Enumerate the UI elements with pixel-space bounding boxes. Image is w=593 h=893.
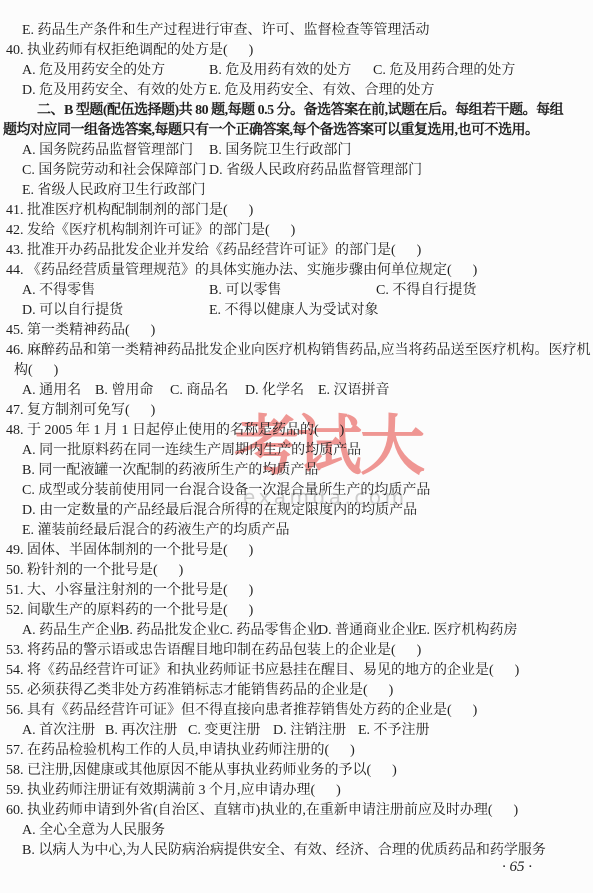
line-q40-stem: 40. 执业药师有权拒绝调配的处方是( ) — [0, 42, 593, 62]
q47-stem: 47. 复方制剂可免写( ) — [6, 402, 155, 420]
section-b-header-2: 题均对应同一组备选答案,每题只有一个正确答案,每个备选答案可以重复选用,也可不选… — [3, 122, 539, 140]
q40-option-d: D. 危及用药安全、有效的处方 — [22, 82, 207, 100]
bgroup5-option-c: C. 药品零售企业 — [220, 622, 320, 640]
line-bgroup4-option-d: D. 由一定数量的产品经最后混合所得的在规定限度内的均质产品 — [0, 502, 593, 522]
line-q44-stem: 44. 《药品经营质量管理规范》的具体实施办法、实施步骤由何单位规定( ) — [0, 262, 593, 282]
q42-stem: 42. 发给《医疗机构制剂许可证》的部门是( ) — [6, 222, 295, 240]
q40-option-a: A. 危及用药安全的处方 — [22, 62, 165, 80]
q39-option-e: E. 药品生产条件和生产过程进行审查、许可、监督检查等管理活动 — [22, 22, 430, 40]
line-q58-stem: 58. 已注册,因健康或其他原因不能从事执业药师业务的予以( ) — [0, 762, 593, 782]
q46-stem-2: 构( ) — [14, 362, 58, 380]
line-section-b-header-1: 二、B 型题(配伍选择题)共 80 题,每题 0.5 分。备选答案在前,试题在后… — [0, 102, 593, 122]
q40-option-c: C. 危及用药合理的处方 — [373, 62, 515, 80]
q51-stem: 51. 大、小容量注射剂的一个批号是( ) — [6, 582, 253, 600]
bgroup1-option-e: E. 省级人民政府卫生行政部门 — [22, 182, 206, 200]
line-q53-stem: 53. 将药品的警示语或忠告语醒目地印制在药品包装上的企业是( ) — [0, 642, 593, 662]
line-q41-stem: 41. 批准医疗机构配制制剂的部门是( ) — [0, 202, 593, 222]
bgroup5-option-a: A. 药品生产企业 — [22, 622, 123, 640]
bgroup1-option-b: B. 国务院卫生行政部门 — [209, 142, 351, 160]
q60-stem: 60. 执业药师申请到外省(自治区、直辖市)执业的,在重新申请注册前应及时办理(… — [6, 802, 518, 820]
line-q40-options-de: D. 危及用药安全、有效的处方E. 危及用药安全、有效、合理的处方 — [0, 82, 593, 102]
line-bgroup1-option-e: E. 省级人民政府卫生行政部门 — [0, 182, 593, 202]
q44-stem: 44. 《药品经营质量管理规范》的具体实施办法、实施步骤由何单位规定( ) — [6, 262, 477, 280]
bgroup7-option-a: A. 全心全意为人民服务 — [22, 822, 165, 840]
q55-stem: 55. 必须获得乙类非处方药准销标志才能销售药品的企业是( ) — [6, 682, 393, 700]
bgroup1-option-a: A. 国务院药品监督管理部门 — [22, 142, 193, 160]
line-q46-stem-2: 构( ) — [0, 362, 593, 382]
q52-stem: 52. 间歇生产的原料药的一个批号是( ) — [6, 602, 253, 620]
q40-stem: 40. 执业药师有权拒绝调配的处方是( ) — [6, 42, 253, 60]
q57-stem: 57. 在药品检验机构工作的人员,申请执业药师注册的( ) — [6, 742, 355, 760]
bgroup5-option-e: E. 医疗机构药房 — [418, 622, 518, 640]
line-q56-stem: 56. 具有《药品经营许可证》但不得直接向患者推荐销售处方药的企业是( ) — [0, 702, 593, 722]
bgroup6-option-c: C. 变更注册 — [188, 722, 260, 740]
line-q47-stem: 47. 复方制剂可免写( ) — [0, 402, 593, 422]
line-bgroup4-option-b: B. 同一配液罐一次配制的药液所生产的均质产品 — [0, 462, 593, 482]
line-q57-stem: 57. 在药品检验机构工作的人员,申请执业药师注册的( ) — [0, 742, 593, 762]
q53-stem: 53. 将药品的警示语或忠告语醒目地印制在药品包装上的企业是( ) — [6, 642, 421, 660]
bgroup6-option-e: E. 不予注册 — [358, 722, 430, 740]
q48-stem: 48. 于 2005 年 1 月 1 日起停止使用的名称是药品的( ) — [6, 422, 344, 440]
line-q52-stem: 52. 间歇生产的原料药的一个批号是( ) — [0, 602, 593, 622]
bgroup5-option-d: D. 普通商业企业 — [318, 622, 419, 640]
bgroup2-option-b: B. 可以零售 — [209, 282, 281, 300]
line-bgroup1-options-ab: A. 国务院药品监督管理部门B. 国务院卫生行政部门 — [0, 142, 593, 162]
exam-page: 考试大 examda.com E. 药品生产条件和生产过程进行审查、许可、监督检… — [0, 0, 593, 893]
line-q49-stem: 49. 固体、半固体制剂的一个批号是( ) — [0, 542, 593, 562]
line-q54-stem: 54. 将《药品经营许可证》和执业药师证书应悬挂在醒目、易见的地方的企业是( ) — [0, 662, 593, 682]
line-bgroup4-option-e: E. 灌装前经最后混合的药液生产的均质产品 — [0, 522, 593, 542]
q43-stem: 43. 批准开办药品批发企业并发给《药品经营许可证》的部门是( ) — [6, 242, 421, 260]
q49-stem: 49. 固体、半固体制剂的一个批号是( ) — [6, 542, 253, 560]
bgroup2-option-d: D. 可以自行提货 — [22, 302, 123, 320]
bgroup5-option-b: B. 药品批发企业 — [120, 622, 220, 640]
line-q55-stem: 55. 必须获得乙类非处方药准销标志才能销售药品的企业是( ) — [0, 682, 593, 702]
line-bgroup2-options-de: D. 可以自行提货E. 不得以健康人为受试对象 — [0, 302, 593, 322]
bgroup2-option-e: E. 不得以健康人为受试对象 — [209, 302, 379, 320]
bgroup6-option-d: D. 注销注册 — [273, 722, 346, 740]
line-bgroup3-options: A. 通用名B. 曾用命C. 商品名D. 化学名E. 汉语拼音 — [0, 382, 593, 402]
q46-stem-1: 46. 麻醉药品和第一类精神药品批发企业向医疗机构销售药品,应当将药品送至医疗机… — [6, 342, 591, 360]
bgroup3-option-c: C. 商品名 — [170, 382, 228, 400]
line-q51-stem: 51. 大、小容量注射剂的一个批号是( ) — [0, 582, 593, 602]
line-bgroup5-options: A. 药品生产企业B. 药品批发企业C. 药品零售企业D. 普通商业企业E. 医… — [0, 622, 593, 642]
line-bgroup4-option-c: C. 成型或分装前使用同一台混合设备一次混合量所生产的均质产品 — [0, 482, 593, 502]
bgroup6-option-a: A. 首次注册 — [22, 722, 95, 740]
line-bgroup7-option-a: A. 全心全意为人民服务 — [0, 822, 593, 842]
bgroup4-option-e: E. 灌装前经最后混合的药液生产的均质产品 — [22, 522, 290, 540]
bgroup3-option-a: A. 通用名 — [22, 382, 81, 400]
bgroup3-option-d: D. 化学名 — [245, 382, 304, 400]
bgroup4-option-c: C. 成型或分装前使用同一台混合设备一次混合量所生产的均质产品 — [22, 482, 430, 500]
q56-stem: 56. 具有《药品经营许可证》但不得直接向患者推荐销售处方药的企业是( ) — [6, 702, 477, 720]
q41-stem: 41. 批准医疗机构配制制剂的部门是( ) — [6, 202, 253, 220]
bgroup3-option-b: B. 曾用命 — [95, 382, 153, 400]
bgroup1-option-d: D. 省级人民政府药品监督管理部门 — [209, 162, 422, 180]
bgroup3-option-e: E. 汉语拼音 — [318, 382, 390, 400]
line-bgroup4-option-a: A. 同一批原料药在同一连续生产周期内生产的均质产品 — [0, 442, 593, 462]
line-bgroup6-options: A. 首次注册B. 再次注册C. 变更注册D. 注销注册E. 不予注册 — [0, 722, 593, 742]
bgroup7-option-b: B. 以病人为中心,为人民防病治病提供安全、有效、经济、合理的优质药品和药学服务 — [22, 842, 546, 860]
line-q46-stem-1: 46. 麻醉药品和第一类精神药品批发企业向医疗机构销售药品,应当将药品送至医疗机… — [0, 342, 593, 362]
line-q40-options-abc: A. 危及用药安全的处方B. 危及用药有效的处方C. 危及用药合理的处方 — [0, 62, 593, 82]
q40-option-e: E. 危及用药安全、有效、合理的处方 — [209, 82, 435, 100]
q58-stem: 58. 已注册,因健康或其他原因不能从事执业药师业务的予以( ) — [6, 762, 397, 780]
bgroup4-option-a: A. 同一批原料药在同一连续生产周期内生产的均质产品 — [22, 442, 361, 460]
line-q48-stem: 48. 于 2005 年 1 月 1 日起停止使用的名称是药品的( ) — [0, 422, 593, 442]
line-q43-stem: 43. 批准开办药品批发企业并发给《药品经营许可证》的部门是( ) — [0, 242, 593, 262]
bgroup2-option-a: A. 不得零售 — [22, 282, 95, 300]
bgroup6-option-b: B. 再次注册 — [105, 722, 177, 740]
q54-stem: 54. 将《药品经营许可证》和执业药师证书应悬挂在醒目、易见的地方的企业是( ) — [6, 662, 519, 680]
line-section-b-header-2: 题均对应同一组备选答案,每题只有一个正确答案,每个备选答案可以重复选用,也可不选… — [0, 122, 593, 142]
line-q45-stem: 45. 第一类精神药品( ) — [0, 322, 593, 342]
bgroup2-option-c: C. 不得自行提货 — [376, 282, 476, 300]
line-q59-stem: 59. 执业药师注册证有效期满前 3 个月,应申请办理( ) — [0, 782, 593, 802]
line-bgroup2-options-abc: A. 不得零售B. 可以零售C. 不得自行提货 — [0, 282, 593, 302]
line-q50-stem: 50. 粉针剂的一个批号是( ) — [0, 562, 593, 582]
q45-stem: 45. 第一类精神药品( ) — [6, 322, 155, 340]
page-number: · 65 · — [502, 859, 532, 876]
q59-stem: 59. 执业药师注册证有效期满前 3 个月,应申请办理( ) — [6, 782, 341, 800]
q40-option-b: B. 危及用药有效的处方 — [209, 62, 351, 80]
line-bgroup1-options-cd: C. 国务院劳动和社会保障部门D. 省级人民政府药品监督管理部门 — [0, 162, 593, 182]
bgroup4-option-d: D. 由一定数量的产品经最后混合所得的在规定限度内的均质产品 — [22, 502, 417, 520]
line-q39-option-e: E. 药品生产条件和生产过程进行审查、许可、监督检查等管理活动 — [0, 22, 593, 42]
line-q42-stem: 42. 发给《医疗机构制剂许可证》的部门是( ) — [0, 222, 593, 242]
bgroup4-option-b: B. 同一配液罐一次配制的药液所生产的均质产品 — [22, 462, 318, 480]
line-q60-stem: 60. 执业药师申请到外省(自治区、直辖市)执业的,在重新申请注册前应及时办理(… — [0, 802, 593, 822]
bgroup1-option-c: C. 国务院劳动和社会保障部门 — [22, 162, 206, 180]
section-b-header-1: 二、B 型题(配伍选择题)共 80 题,每题 0.5 分。备选答案在前,试题在后… — [37, 102, 563, 120]
q50-stem: 50. 粉针剂的一个批号是( ) — [6, 562, 183, 580]
